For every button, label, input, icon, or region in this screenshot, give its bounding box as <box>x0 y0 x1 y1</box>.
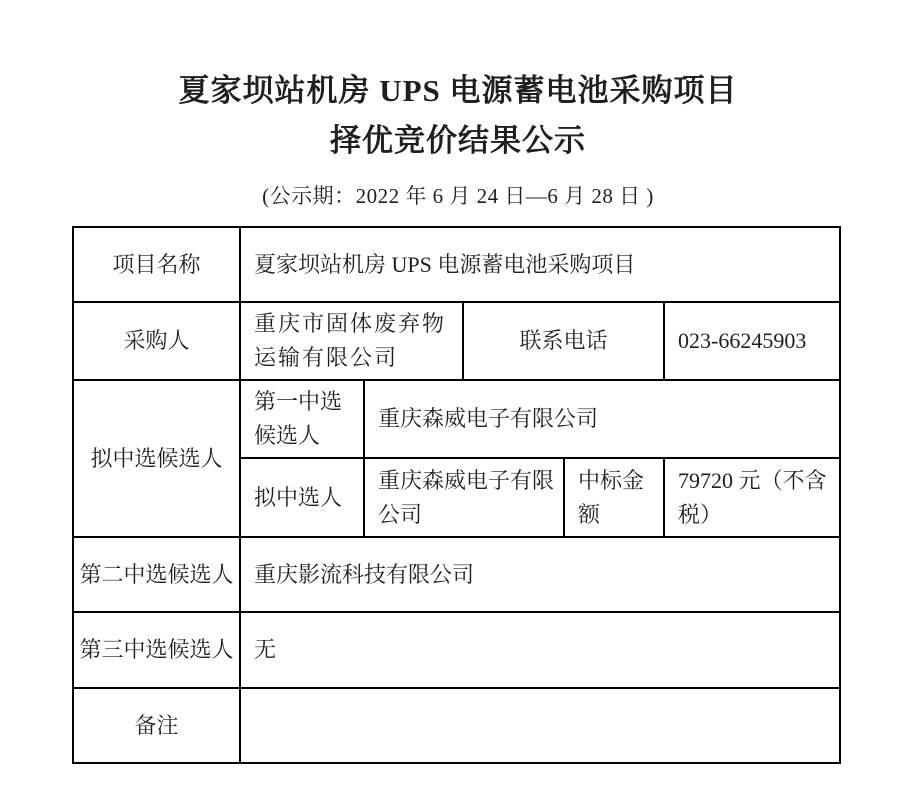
third-candidate-label: 第三中选候选人 <box>73 612 240 688</box>
table-row: 项目名称 夏家坝站机房 UPS 电源蓄电池采购项目 <box>73 227 840 302</box>
first-candidate-value: 重庆森威电子有限公司 <box>364 380 840 458</box>
announcement-document: 夏家坝站机房 UPS 电源蓄电池采购项目 择优竞价结果公示 (公示期：2022 … <box>0 0 916 764</box>
table-row: 第三中选候选人 无 <box>73 612 840 688</box>
publicity-period: (公示期：2022 年 6 月 24 日—6 月 28 日 ) <box>0 180 916 210</box>
project-name-label: 项目名称 <box>73 227 240 302</box>
title-line-1: 夏家坝站机房 UPS 电源蓄电池采购项目 <box>0 66 916 116</box>
second-candidate-label: 第二中选候选人 <box>73 537 240 612</box>
document-title: 夏家坝站机房 UPS 电源蓄电池采购项目 择优竞价结果公示 <box>0 0 916 166</box>
selected-bidder-label: 拟中选人 <box>240 458 364 537</box>
purchaser-label: 采购人 <box>73 302 240 380</box>
title-line-2: 择优竞价结果公示 <box>0 116 916 166</box>
selected-bidder-value: 重庆森威电子有限公司 <box>364 458 564 537</box>
candidates-label: 拟中选候选人 <box>73 380 240 537</box>
result-table: 项目名称 夏家坝站机房 UPS 电源蓄电池采购项目 采购人 重庆市固体废弃物运输… <box>72 226 841 764</box>
award-amount-value: 79720 元（不含税） <box>664 458 840 537</box>
second-candidate-value: 重庆影流科技有限公司 <box>240 537 840 612</box>
table-row: 拟中选候选人 第一中选候选人 重庆森威电子有限公司 <box>73 380 840 458</box>
phone-label: 联系电话 <box>463 302 664 380</box>
table-row: 采购人 重庆市固体废弃物运输有限公司 联系电话 023-66245903 <box>73 302 840 380</box>
third-candidate-value: 无 <box>240 612 840 688</box>
table-row: 备注 <box>73 688 840 763</box>
award-amount-label: 中标金额 <box>564 458 664 537</box>
remarks-value <box>240 688 840 763</box>
table-row: 第二中选候选人 重庆影流科技有限公司 <box>73 537 840 612</box>
phone-value: 023-66245903 <box>664 302 840 380</box>
purchaser-value: 重庆市固体废弃物运输有限公司 <box>240 302 463 380</box>
project-name-value: 夏家坝站机房 UPS 电源蓄电池采购项目 <box>240 227 840 302</box>
remarks-label: 备注 <box>73 688 240 763</box>
first-candidate-label: 第一中选候选人 <box>240 380 364 458</box>
